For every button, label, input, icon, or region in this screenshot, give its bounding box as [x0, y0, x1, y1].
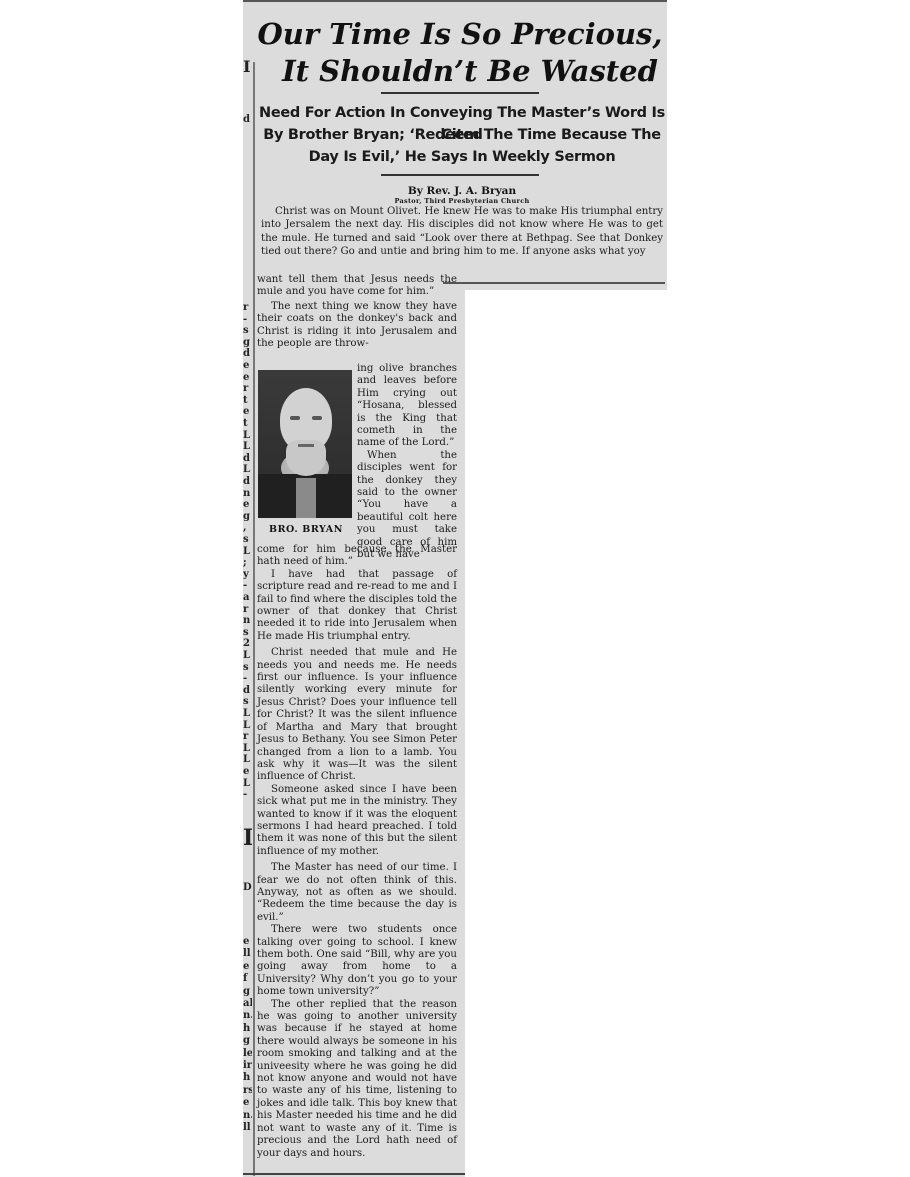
- adjacent-column-fragment: d: [243, 348, 252, 359]
- intro-paragraph: Christ was on Mount Olivet. He knew He w…: [261, 205, 663, 259]
- adjacent-column-fragment: I: [243, 58, 252, 76]
- adjacent-column-fragment: n: [243, 615, 252, 626]
- adjacent-column-fragment: s: [243, 662, 252, 673]
- article-intro: Christ was on Mount Olivet. He knew He w…: [261, 205, 663, 259]
- byline: By Rev. J. A. Bryan: [257, 185, 667, 197]
- adjacent-column-fragment: d: [243, 453, 252, 464]
- adjacent-column-fragment: r: [243, 302, 252, 313]
- adjacent-column-fragment: e: [243, 406, 252, 417]
- adjacent-column-fragment: g: [243, 986, 252, 997]
- adjacent-column-fragment: e: [243, 961, 252, 972]
- adjacent-column-fragment: L: [243, 650, 252, 661]
- deck-line-3: Day Is Evil,’ He Says In Weekly Sermon: [257, 146, 667, 168]
- adjacent-column-fragment: e: [243, 1097, 252, 1108]
- deck-rule: [381, 174, 539, 176]
- byline-title: Pastor, Third Presbyterian Church: [257, 197, 667, 205]
- adjacent-column-fragment: -: [243, 789, 252, 800]
- deck-line-2: By Brother Bryan; ‘Redeem The Time Becau…: [257, 124, 667, 146]
- headline-line-1: Our Time Is So Precious,: [257, 16, 663, 52]
- adjacent-column-fragment: r: [243, 731, 252, 742]
- adjacent-column-fragment: n.: [243, 1010, 252, 1021]
- adjacent-column-fragment: e: [243, 766, 252, 777]
- adjacent-column-fragment: -: [243, 314, 252, 325]
- adjacent-column-fragment: h: [243, 1023, 252, 1034]
- adjacent-column-fragment: r: [243, 604, 252, 615]
- adjacent-column-fragment: L: [243, 430, 252, 441]
- section-rule: [443, 282, 665, 284]
- adjacent-column-fragment: g: [243, 511, 252, 522]
- adjacent-column-fragment: L: [243, 754, 252, 765]
- adjacent-column-fragment: e: [243, 936, 252, 947]
- adjacent-column-fragment: d: [243, 685, 252, 696]
- adjacent-column-fragment: D: [243, 882, 252, 893]
- adjacent-column-fragment: ll: [243, 1122, 252, 1133]
- adjacent-column-fragment: s: [243, 696, 252, 707]
- column-divider: [253, 286, 255, 1176]
- adjacent-column-fragment: f: [243, 973, 252, 984]
- adjacent-column-fragment: L: [243, 464, 252, 475]
- adjacent-column-fragment: g: [243, 337, 252, 348]
- headline-rule: [381, 92, 539, 94]
- adjacent-column-fragment: L: [243, 546, 252, 557]
- article-header-block: I d Our Time Is So Precious, It Shouldn’…: [243, 0, 667, 290]
- adjacent-column-fragment: e: [243, 360, 252, 371]
- adjacent-column-fragment: -: [243, 580, 252, 591]
- adjacent-column-fragment: ll: [243, 948, 252, 959]
- adjacent-column-fragment: al: [243, 998, 252, 1009]
- adjacent-column-fragment: I: [243, 826, 252, 850]
- article-column: want tell them that Jesus needs the mule…: [243, 286, 465, 1177]
- portrait-photo: [258, 370, 352, 518]
- adjacent-column-fragment: n: [243, 488, 252, 499]
- adjacent-column-fragment: n.: [243, 1110, 252, 1121]
- body-paragraph: There were two students once talking ove…: [257, 924, 457, 998]
- adjacent-column-fragment: t: [243, 418, 252, 429]
- adjacent-column-fragment: L: [243, 708, 252, 719]
- body-paragraph: The other replied that the reason he was…: [257, 999, 457, 1160]
- adjacent-column-fragment: y: [243, 569, 252, 580]
- adjacent-column-fragment: le: [243, 1048, 252, 1059]
- adjacent-column-fragment: ,: [243, 522, 252, 533]
- photo-caption: BRO. BRYAN: [257, 524, 355, 535]
- adjacent-column-fragment: ir: [243, 1060, 252, 1071]
- adjacent-column-fragment: L: [243, 720, 252, 731]
- body-paragraph: The Master has need of our time. I fear …: [257, 862, 457, 924]
- intro-continuation: want tell them that Jesus needs the mule…: [257, 274, 457, 350]
- adjacent-column-fragment: e: [243, 499, 252, 510]
- adjacent-column-fragment: s: [243, 325, 252, 336]
- headline-line-2: It Shouldn’t Be Wasted: [267, 53, 673, 89]
- adjacent-column-fragment: L: [243, 441, 252, 452]
- adjacent-column-fragment: t: [243, 395, 252, 406]
- bottom-rule: [243, 1173, 465, 1175]
- body-paragraph: Christ needed that mule and He needs you…: [257, 647, 457, 783]
- adjacent-column-fragment: L: [243, 778, 252, 789]
- adjacent-column-fragment: g: [243, 1035, 252, 1046]
- body-paragraph: Someone asked since I have been sick wha…: [257, 784, 457, 858]
- body-paragraph: I have had that passage of scripture rea…: [257, 569, 457, 643]
- adjacent-column-fragment: h: [243, 1072, 252, 1083]
- adjacent-column-fragment: L: [243, 743, 252, 754]
- adjacent-column-fragment: r: [243, 383, 252, 394]
- adjacent-column-fragment: ;: [243, 557, 252, 568]
- adjacent-column-fragment: s: [243, 627, 252, 638]
- adjacent-column-fragment: d: [243, 114, 252, 125]
- adjacent-column-fragment: 2: [243, 638, 252, 649]
- adjacent-column-fragment: d: [243, 476, 252, 487]
- adjacent-column-fragment: a: [243, 592, 252, 603]
- adjacent-column-fragment: -: [243, 673, 252, 684]
- column-divider: [253, 62, 255, 292]
- adjacent-column-fragment: rs: [243, 1085, 252, 1096]
- paragraph-master-need: come for him because the Master hath nee…: [257, 544, 457, 569]
- adjacent-column-fragment: e: [243, 372, 252, 383]
- paragraph-hosana: ing olive branches and leaves before Him…: [357, 363, 457, 450]
- paragraph-coats: The next thing we know they have their c…: [257, 301, 457, 351]
- text-beside-photo: ing olive branches and leaves before Him…: [357, 363, 457, 562]
- intro-cont-text: want tell them that Jesus needs the mule…: [257, 274, 457, 299]
- adjacent-column-fragment: s: [243, 534, 252, 545]
- article-body: come for him because the Master hath nee…: [257, 544, 457, 1160]
